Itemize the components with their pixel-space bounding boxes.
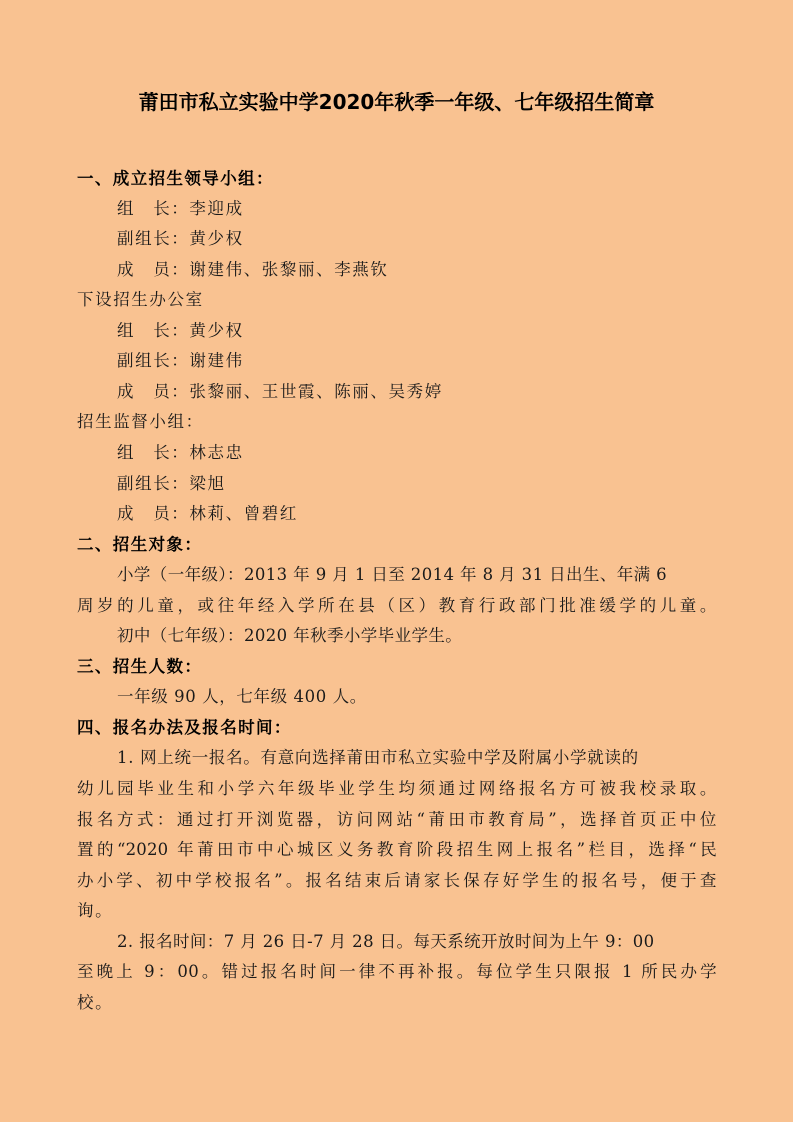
section-heading-registration: 四、报名办法及报名时间： bbox=[77, 718, 292, 738]
document-page: 莆田市私立实验中学2020年秋季一年级、七年级招生简章 一、成立招生领导小组： … bbox=[0, 0, 793, 1122]
supervision-deputy-line: 副组长：梁旭 bbox=[117, 474, 226, 494]
registration-p1-line-4: 置的“2020 年莆田市中心城区义务教育阶段招生网上报名”栏目，选择“民 bbox=[77, 840, 717, 860]
registration-p1-line-6: 询。 bbox=[77, 901, 113, 921]
office-members-line: 成 员：张黎丽、王世霞、陈丽、吴秀婷 bbox=[117, 382, 443, 402]
office-deputy-line: 副组长：谢建伟 bbox=[117, 351, 244, 371]
office-leader-line: 组 长：黄少权 bbox=[117, 321, 244, 341]
document-title: 莆田市私立实验中学2020年秋季一年级、七年级招生简章 bbox=[0, 86, 793, 115]
registration-p1-line-2: 幼儿园毕业生和小学六年级毕业学生均须通过网络报名方可被我校录取。 bbox=[77, 779, 717, 799]
section-heading-targets: 二、招生对象： bbox=[77, 535, 202, 555]
registration-p2-line-1: 2. 报名时间：7 月 26 日-7 月 28 日。每天系统开放时间为上午 9：… bbox=[117, 932, 717, 952]
supervision-leader-line: 组 长：林志忠 bbox=[117, 443, 244, 463]
primary-eligibility-line-1: 小学（一年级）：2013 年 9 月 1 日至 2014 年 8 月 31 日出… bbox=[117, 565, 717, 585]
section-heading-leadership: 一、成立招生领导小组： bbox=[77, 169, 274, 189]
supervision-members-line: 成 员：林莉、曾碧红 bbox=[117, 504, 298, 524]
registration-p1-line-5: 办小学、初中学校报名”。报名结束后请家长保存好学生的报名号，便于查 bbox=[77, 871, 717, 891]
section-heading-count: 三、招生人数： bbox=[77, 657, 202, 677]
members-line: 成 员：谢建伟、张黎丽、李燕钦 bbox=[117, 260, 389, 280]
registration-p1-line-1: 1. 网上统一报名。有意向选择莆田市私立实验中学及附属小学就读的 bbox=[117, 748, 717, 768]
middle-eligibility-line: 初中（七年级）：2020 年秋季小学毕业学生。 bbox=[117, 626, 462, 646]
registration-p2-line-3: 校。 bbox=[77, 993, 113, 1013]
office-title: 下设招生办公室 bbox=[77, 290, 204, 310]
deputy-line: 副组长：黄少权 bbox=[117, 229, 244, 249]
primary-eligibility-line-2: 周岁的儿童，或往年经入学所在县（区）教育行政部门批准缓学的儿童。 bbox=[77, 596, 717, 616]
leader-line: 组 长：李迎成 bbox=[117, 199, 244, 219]
enrollment-count: 一年级 90 人，七年级 400 人。 bbox=[117, 687, 367, 707]
registration-p2-line-2: 至晚上 9：00。错过报名时间一律不再补报。每位学生只限报 1 所民办学 bbox=[77, 962, 717, 982]
registration-p1-line-3: 报名方式：通过打开浏览器，访问网站“莆田市教育局”，选择首页正中位 bbox=[77, 810, 717, 830]
supervision-title: 招生监督小组： bbox=[77, 412, 204, 432]
